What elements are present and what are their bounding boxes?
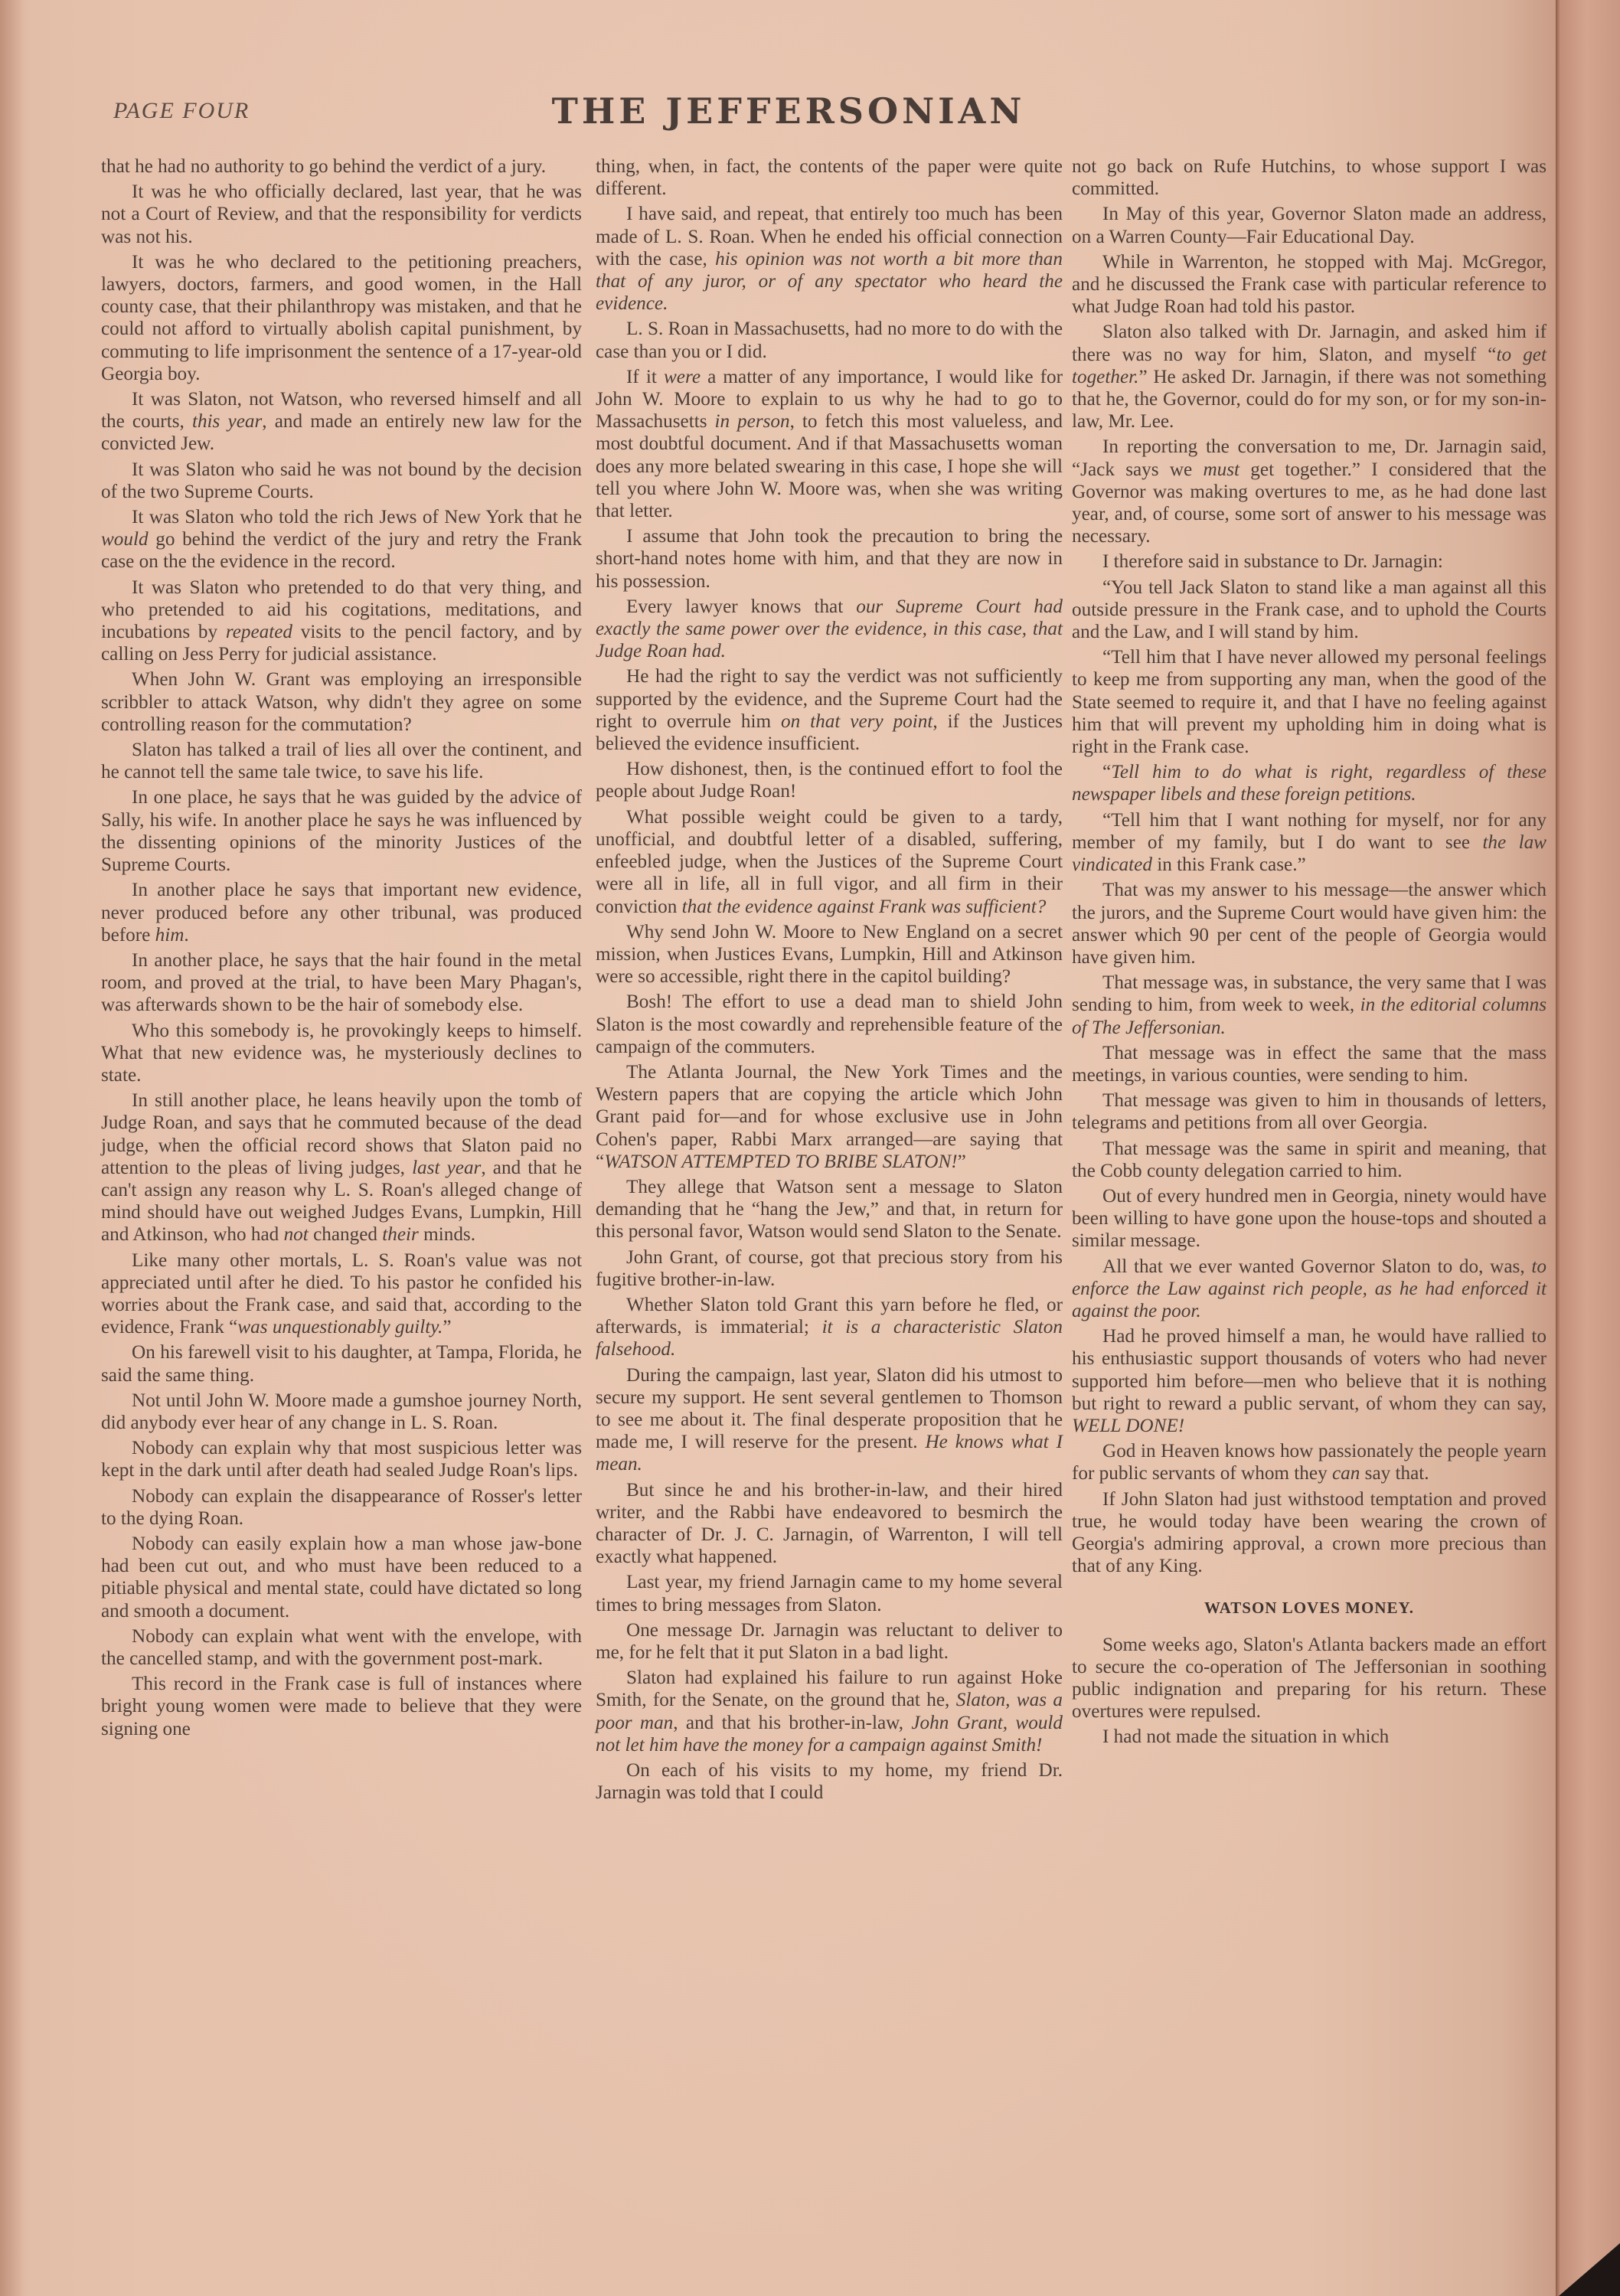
- article-paragraph: This record in the Frank case is full of…: [101, 1673, 582, 1740]
- text-run: If it: [626, 367, 664, 387]
- text-run: When John W. Grant was employing an irre…: [101, 669, 582, 734]
- article-paragraph: It was he who declared to the petitionin…: [101, 251, 582, 385]
- article-paragraph: Last year, my friend Jarnagin came to my…: [596, 1571, 1063, 1615]
- article-paragraph: It was Slaton, not Watson, who reversed …: [101, 388, 582, 456]
- article-paragraph: Not until John W. Moore made a gumshoe j…: [101, 1390, 582, 1434]
- text-run: On his farewell visit to his daughter, a…: [101, 1342, 582, 1385]
- article-paragraph: “You tell Jack Slaton to stand like a ma…: [1072, 576, 1547, 644]
- text-run: minds.: [419, 1224, 475, 1245]
- article-paragraph: In one place, he says that he was guided…: [101, 786, 582, 876]
- article-paragraph: Slaton also talked with Dr. Jarnagin, an…: [1072, 321, 1547, 433]
- article-paragraph: Slaton has talked a trail of lies all ov…: [101, 739, 582, 783]
- article-paragraph: In May of this year, Governor Slaton mad…: [1072, 203, 1547, 247]
- article-paragraph: But since he and his brother-in-law, and…: [596, 1479, 1063, 1569]
- text-run: It was he who officially declared, last …: [101, 181, 582, 247]
- text-run: changed: [309, 1224, 383, 1245]
- text-run: go behind the verdict of the jury and re…: [101, 529, 582, 572]
- article-paragraph: In another place he says that important …: [101, 879, 582, 946]
- article-column-3: not go back on Rufe Hutchins, to whose s…: [1072, 155, 1547, 1752]
- italic-emphasis: in person: [714, 411, 789, 432]
- text-run: “Tell him that I want nothing for myself…: [1072, 810, 1547, 853]
- text-run: How dishonest, then, is the continued ef…: [596, 759, 1063, 802]
- text-run: Nobody can explain why that most suspici…: [101, 1438, 582, 1481]
- text-run: One message Dr. Jarnagin was reluctant t…: [596, 1620, 1063, 1663]
- text-run: Bosh! The effort to use a dead man to sh…: [596, 991, 1063, 1057]
- article-paragraph: I have said, and repeat, that entirely t…: [596, 203, 1063, 315]
- article-paragraph: While in Warrenton, he stopped with Maj.…: [1072, 251, 1547, 318]
- text-run: “: [1102, 762, 1111, 782]
- italic-emphasis: WATSON ATTEMPTED TO BRIBE SLATON!: [604, 1151, 957, 1172]
- article-paragraph: Bosh! The effort to use a dead man to sh…: [596, 991, 1063, 1058]
- article-paragraph: Nobody can explain the disappearance of …: [101, 1485, 582, 1530]
- article-paragraph: In still another place, he leans heavily…: [101, 1089, 582, 1246]
- italic-emphasis: this year: [192, 411, 262, 432]
- text-run: “You tell Jack Slaton to stand like a ma…: [1072, 577, 1547, 642]
- article-paragraph: In reporting the conversation to me, Dr.…: [1072, 436, 1547, 547]
- text-run: L. S. Roan in Massachusetts, had no more…: [596, 318, 1063, 361]
- text-run: thing, when, in fact, the contents of th…: [596, 156, 1063, 199]
- article-paragraph: On his farewell visit to his daughter, a…: [101, 1341, 582, 1386]
- masthead-title: THE JEFFERSONIAN: [475, 90, 1102, 132]
- italic-emphasis: that the evidence against Frank was suff…: [682, 897, 1047, 917]
- article-paragraph: That was my answer to his message—the an…: [1072, 879, 1547, 968]
- article-paragraph: They allege that Watson sent a message t…: [596, 1176, 1063, 1243]
- article-paragraph: Slaton had explained his failure to run …: [596, 1667, 1063, 1756]
- article-paragraph: How dishonest, then, is the continued ef…: [596, 758, 1063, 802]
- text-run: say that.: [1360, 1463, 1429, 1484]
- italic-emphasis: their: [382, 1224, 419, 1245]
- text-run: , and that his brother-in-law,: [673, 1713, 911, 1733]
- text-run: Some weeks ago, Slaton's Atlanta backers…: [1072, 1635, 1547, 1723]
- text-run: Why send John W. Moore to New England on…: [596, 922, 1063, 987]
- text-run: I had not made the situation in which: [1102, 1726, 1389, 1747]
- text-run: that he had no authority to go behind th…: [101, 156, 546, 177]
- article-column-1: that he had no authority to go behind th…: [101, 155, 582, 1743]
- article-paragraph: He had the right to say the verdict was …: [596, 665, 1063, 755]
- article-paragraph: If John Slaton had just withstood tempta…: [1072, 1488, 1547, 1578]
- italic-emphasis: were: [664, 367, 701, 387]
- article-paragraph: All that we ever wanted Governor Slaton …: [1072, 1256, 1547, 1323]
- article-paragraph: I had not made the situation in which: [1072, 1726, 1547, 1748]
- text-run: ”: [958, 1151, 966, 1172]
- article-paragraph: Whether Slaton told Grant this yarn befo…: [596, 1294, 1063, 1361]
- article-paragraph: not go back on Rufe Hutchins, to whose s…: [1072, 155, 1547, 200]
- article-paragraph: That message was given to him in thousan…: [1072, 1089, 1547, 1134]
- article-paragraph: During the campaign, last year, Slaton d…: [596, 1364, 1063, 1476]
- italic-emphasis: can: [1332, 1463, 1360, 1484]
- article-paragraph: Some weeks ago, Slaton's Atlanta backers…: [1072, 1634, 1547, 1723]
- article-paragraph: On each of his visits to my home, my fri…: [596, 1759, 1063, 1804]
- italic-emphasis: not: [284, 1224, 309, 1245]
- article-paragraph: Who this somebody is, he provokingly kee…: [101, 1020, 582, 1087]
- article-paragraph: It was Slaton who pretended to do that v…: [101, 576, 582, 666]
- text-run: I assume that John took the precaution t…: [596, 526, 1063, 591]
- text-run: John Grant, of course, got that precious…: [596, 1247, 1063, 1290]
- text-run: not go back on Rufe Hutchins, to whose s…: [1072, 156, 1547, 199]
- text-run: It was he who declared to the petitionin…: [101, 252, 582, 384]
- text-run: God in Heaven knows how passionately the…: [1072, 1441, 1547, 1484]
- section-subhead: WATSON LOVES MONEY.: [1072, 1597, 1547, 1619]
- article-paragraph: Every lawyer knows that our Supreme Cour…: [596, 596, 1063, 663]
- text-run: That message was in effect the same that…: [1072, 1043, 1547, 1086]
- text-run: Out of every hundred men in Georgia, nin…: [1072, 1186, 1547, 1251]
- italic-emphasis: was unquestionably guilty.: [237, 1317, 443, 1337]
- italic-emphasis: Tell him to do what is right, regardless…: [1072, 762, 1547, 805]
- article-paragraph: It was Slaton who said he was not bound …: [101, 459, 582, 503]
- text-run: “Tell him that I have never allowed my p…: [1072, 647, 1547, 757]
- text-run: They allege that Watson sent a message t…: [596, 1177, 1063, 1242]
- article-paragraph: Nobody can explain what went with the en…: [101, 1625, 582, 1670]
- text-run: This record in the Frank case is full of…: [101, 1674, 582, 1739]
- text-run: In another place, he says that the hair …: [101, 950, 582, 1015]
- article-paragraph: “Tell him to do what is right, regardles…: [1072, 761, 1547, 805]
- text-run: Nobody can easily explain how a man whos…: [101, 1533, 582, 1622]
- article-paragraph: Like many other mortals, L. S. Roan's va…: [101, 1249, 582, 1339]
- text-run: Last year, my friend Jarnagin came to my…: [596, 1572, 1063, 1615]
- book-binding-edge: [1556, 0, 1620, 2296]
- text-run: While in Warrenton, he stopped with Maj.…: [1072, 252, 1547, 317]
- text-run: In May of this year, Governor Slaton mad…: [1072, 204, 1547, 247]
- article-paragraph: When John W. Grant was employing an irre…: [101, 668, 582, 736]
- italic-emphasis: him: [155, 925, 185, 946]
- text-run: In one place, he says that he was guided…: [101, 787, 582, 875]
- article-paragraph: In another place, he says that the hair …: [101, 949, 582, 1017]
- article-paragraph: That message was the same in spirit and …: [1072, 1138, 1547, 1182]
- article-paragraph: that he had no authority to go behind th…: [101, 155, 582, 178]
- text-run: Slaton also talked with Dr. Jarnagin, an…: [1072, 322, 1547, 364]
- italic-emphasis: WELL DONE!: [1072, 1416, 1184, 1436]
- italic-emphasis: must: [1203, 459, 1239, 480]
- italic-emphasis: on that very point: [781, 711, 932, 732]
- italic-emphasis: repeated: [226, 622, 292, 642]
- article-paragraph: Out of every hundred men in Georgia, nin…: [1072, 1185, 1547, 1253]
- text-run: That message was given to him in thousan…: [1072, 1090, 1547, 1133]
- text-run: ”: [443, 1317, 451, 1337]
- article-paragraph: L. S. Roan in Massachusetts, had no more…: [596, 318, 1063, 362]
- text-run: That was my answer to his message—the an…: [1072, 880, 1547, 968]
- text-run: It was Slaton who said he was not bound …: [101, 459, 582, 502]
- text-run: .: [184, 925, 188, 946]
- text-run: Nobody can explain the disappearance of …: [101, 1486, 582, 1529]
- article-paragraph: I therefore said in substance to Dr. Jar…: [1072, 550, 1547, 573]
- article-paragraph: I assume that John took the precaution t…: [596, 525, 1063, 593]
- newspaper-page: PAGE FOUR THE JEFFERSONIAN that he had n…: [0, 0, 1556, 2296]
- article-paragraph: Why send John W. Moore to New England on…: [596, 921, 1063, 988]
- article-paragraph: What possible weight could be given to a…: [596, 806, 1063, 918]
- text-run: If John Slaton had just withstood tempta…: [1072, 1489, 1547, 1577]
- italic-emphasis: last year: [412, 1158, 481, 1178]
- text-run: It was Slaton who told the rich Jews of …: [132, 507, 582, 527]
- article-paragraph: One message Dr. Jarnagin was reluctant t…: [596, 1619, 1063, 1664]
- text-run: Slaton has talked a trail of lies all ov…: [101, 740, 582, 782]
- article-paragraph: Had he proved himself a man, he would ha…: [1072, 1325, 1547, 1437]
- text-run: I therefore said in substance to Dr. Jar…: [1102, 551, 1443, 572]
- article-paragraph: It was Slaton who told the rich Jews of …: [101, 506, 582, 573]
- article-paragraph: God in Heaven knows how passionately the…: [1072, 1440, 1547, 1484]
- article-paragraph: Nobody can easily explain how a man whos…: [101, 1533, 582, 1622]
- page-folio: PAGE FOUR: [113, 98, 250, 124]
- article-paragraph: “Tell him that I want nothing for myself…: [1072, 809, 1547, 877]
- italic-emphasis: would: [101, 529, 149, 550]
- article-paragraph: “Tell him that I have never allowed my p…: [1072, 646, 1547, 758]
- article-paragraph: The Atlanta Journal, the New York Times …: [596, 1061, 1063, 1173]
- text-run: ” He asked Dr. Jarnagin, if there was no…: [1072, 367, 1547, 432]
- article-paragraph: John Grant, of course, got that precious…: [596, 1246, 1063, 1291]
- text-run: Every lawyer knows that: [626, 596, 856, 617]
- article-paragraph: That message was in effect the same that…: [1072, 1042, 1547, 1086]
- article-column-2: thing, when, in fact, the contents of th…: [596, 155, 1063, 1807]
- text-run: Nobody can explain what went with the en…: [101, 1626, 582, 1669]
- article-paragraph: Nobody can explain why that most suspici…: [101, 1437, 582, 1481]
- article-paragraph: thing, when, in fact, the contents of th…: [596, 155, 1063, 200]
- text-run: Not until John W. Moore made a gumshoe j…: [101, 1390, 582, 1433]
- text-run: On each of his visits to my home, my fri…: [596, 1760, 1063, 1803]
- text-run: Who this somebody is, he provokingly kee…: [101, 1021, 582, 1086]
- text-run: in this Frank case.”: [1152, 854, 1306, 875]
- text-run: But since he and his brother-in-law, and…: [596, 1480, 1063, 1568]
- article-paragraph: That message was, in substance, the very…: [1072, 972, 1547, 1039]
- text-run: All that we ever wanted Governor Slaton …: [1102, 1256, 1531, 1277]
- article-paragraph: It was he who officially declared, last …: [101, 181, 582, 248]
- text-run: Had he proved himself a man, he would ha…: [1072, 1326, 1547, 1414]
- article-paragraph: If it were a matter of any importance, I…: [596, 366, 1063, 522]
- text-run: That message was the same in spirit and …: [1072, 1138, 1547, 1181]
